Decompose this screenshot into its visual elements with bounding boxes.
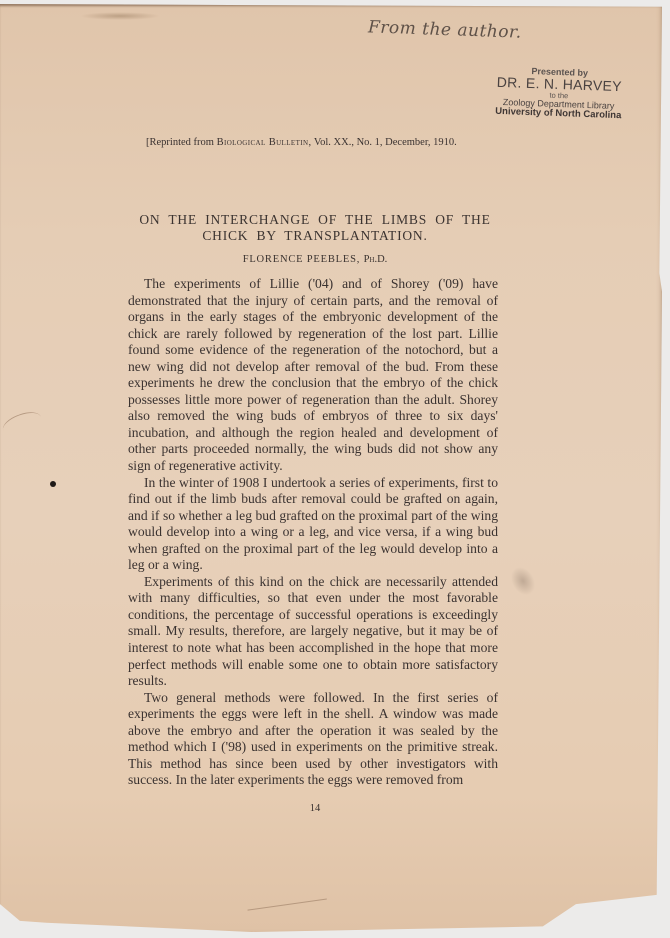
paragraph: Two general methods were followed. In th… <box>128 690 498 789</box>
paper-fold <box>80 12 160 20</box>
author-degree: Ph.D. <box>364 254 388 265</box>
stamp-line-university: University of North Carolina <box>493 107 623 121</box>
paper-tear <box>247 898 328 922</box>
title-line-2: CHICK BY TRANSPLANTATION. <box>126 228 504 244</box>
article-body: The experiments of Lillie ('04) and of S… <box>128 276 498 789</box>
journal-name: Biological Bulletin, <box>217 137 312 148</box>
paper-crease <box>0 408 44 440</box>
reprint-citation: Vol. XX., No. 1, December, 1910. <box>314 137 457 148</box>
paragraph: The experiments of Lillie ('04) and of S… <box>128 276 498 475</box>
paragraph: In the winter of 1908 I undertook a seri… <box>128 475 498 574</box>
article-author: FLORENCE PEEBLES, Ph.D. <box>126 254 504 265</box>
page-number: 14 <box>300 803 330 814</box>
paper-smudge <box>506 563 540 600</box>
library-stamp: Presented by DR. E. N. HARVEY to the Zoo… <box>493 66 625 122</box>
ink-dot-mark <box>50 481 56 487</box>
title-line-1: ON THE INTERCHANGE OF THE LIMBS OF THE <box>126 212 504 228</box>
paragraph: Experiments of this kind on the chick ar… <box>128 574 498 690</box>
reprint-prefix: [Reprinted from <box>146 137 214 148</box>
handwritten-note: From the author. <box>368 17 522 42</box>
reprint-notice: [Reprinted from Biological Bulletin, Vol… <box>146 137 457 148</box>
article-title: ON THE INTERCHANGE OF THE LIMBS OF THE C… <box>126 212 504 244</box>
paper-page: From the author. Presented by DR. E. N. … <box>0 4 662 932</box>
author-name: FLORENCE PEEBLES, <box>243 254 360 265</box>
